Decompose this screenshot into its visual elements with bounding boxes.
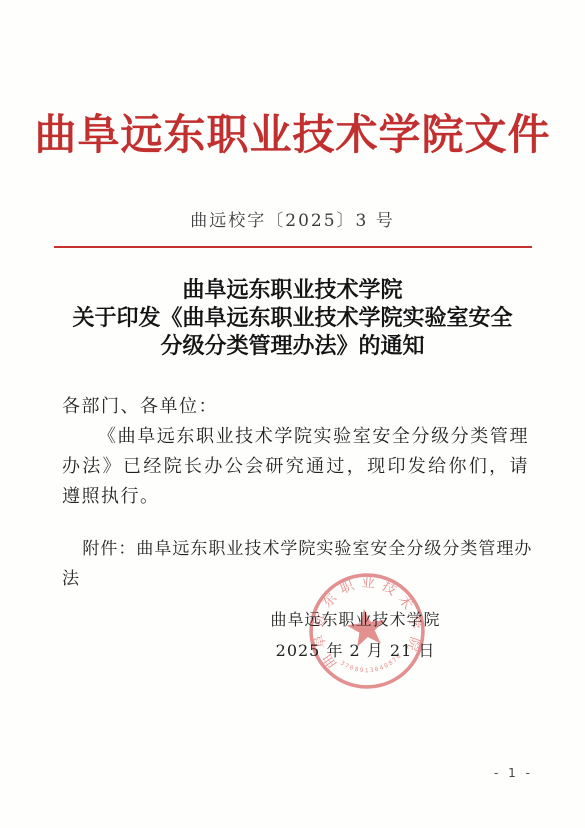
letterhead-title: 曲阜远东职业技术学院文件 — [0, 0, 585, 160]
signature-org: 曲阜远东职业技术学院 — [268, 604, 443, 635]
notice-title-line1: 曲阜远东职业技术学院 — [30, 276, 555, 304]
notice-title-line2: 关于印发《曲阜远东职业技术学院实验室安全 — [30, 304, 555, 332]
document-page: 曲阜远东职业技术学院文件 曲远校字〔2025〕3 号 曲阜远东职业技术学院 关于… — [0, 0, 585, 828]
body-paragraph: 《曲阜远东职业技术学院实验室安全分级分类管理办法》已经院长办公会研究通过，现印发… — [62, 422, 529, 512]
page-number: - 1 - — [494, 766, 533, 780]
document-number: 曲远校字〔2025〕3 号 — [0, 210, 585, 232]
signature-date: 2025 年 2 月 21 日 — [268, 635, 443, 666]
notice-title-line3: 分级分类管理办法》的通知 — [30, 332, 555, 360]
red-divider-line — [54, 246, 532, 248]
signature-block: 曲阜远东职业技术学院 2025 年 2 月 21 日 — [268, 604, 443, 666]
salutation: 各部门、各单位： — [62, 392, 529, 422]
notice-body: 各部门、各单位： 《曲阜远东职业技术学院实验室安全分级分类管理办法》已经院长办公… — [62, 392, 529, 512]
notice-title: 曲阜远东职业技术学院 关于印发《曲阜远东职业技术学院实验室安全 分级分类管理办法… — [30, 276, 555, 360]
